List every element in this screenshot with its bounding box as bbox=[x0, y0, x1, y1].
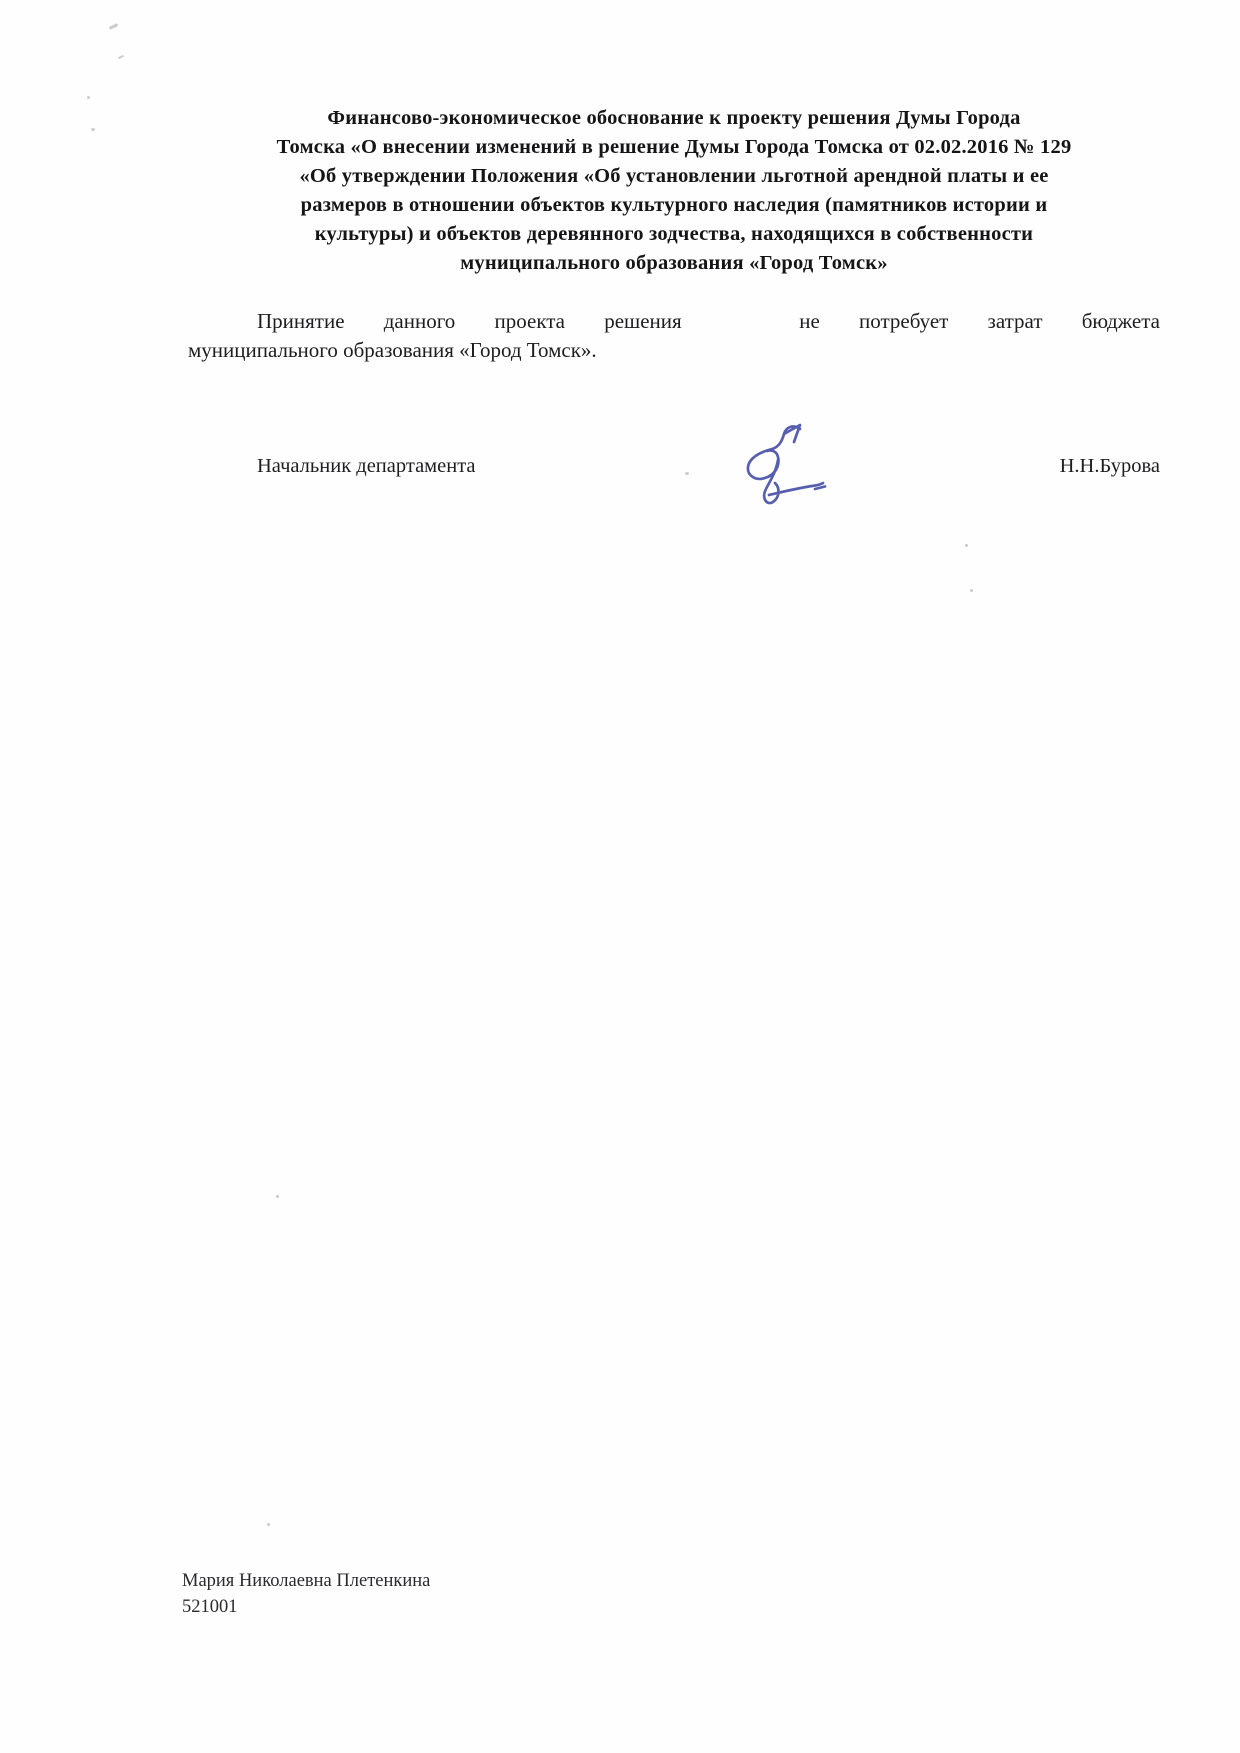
scan-speck bbox=[109, 23, 118, 30]
executor-block: Мария Николаевна Плетенкина 521001 bbox=[182, 1568, 430, 1620]
scan-speck bbox=[965, 544, 968, 547]
signature-row: Начальник департамента Н.Н.Бурова bbox=[188, 452, 1160, 484]
title-line: муниципального образования «Город Томск» bbox=[188, 249, 1160, 278]
scan-speck bbox=[118, 55, 124, 59]
executor-name: Мария Николаевна Плетенкина bbox=[182, 1568, 430, 1594]
title-line: «Об утверждении Положения «Об установлен… bbox=[188, 162, 1160, 191]
scan-speck bbox=[87, 96, 90, 99]
scan-speck bbox=[91, 128, 95, 131]
signature-strokes bbox=[748, 425, 825, 503]
signatory-name: Н.Н.Бурова bbox=[1060, 452, 1160, 481]
scan-speck bbox=[267, 1523, 270, 1526]
executor-code: 521001 bbox=[182, 1594, 430, 1620]
body-paragraph: Принятие данного проекта решения не потр… bbox=[188, 307, 1160, 365]
title-line: культуры) и объектов деревянного зодчест… bbox=[188, 220, 1160, 249]
body-line-2: муниципального образования «Город Томск»… bbox=[188, 336, 1160, 365]
scan-speck bbox=[970, 589, 973, 592]
scan-speck bbox=[276, 1195, 279, 1198]
document-title: Финансово-экономическое обоснование к пр… bbox=[188, 104, 1160, 278]
body-line-1: Принятие данного проекта решения не потр… bbox=[188, 307, 1160, 336]
handwritten-signature-icon bbox=[722, 422, 830, 518]
title-line: Томска «О внесении изменений в решение Д… bbox=[188, 133, 1160, 162]
scanned-document-page: Финансово-экономическое обоснование к пр… bbox=[0, 0, 1240, 1753]
title-line: размеров в отношении объектов культурног… bbox=[188, 191, 1160, 220]
title-line: Финансово-экономическое обоснование к пр… bbox=[188, 104, 1160, 133]
signatory-position: Начальник департамента bbox=[257, 452, 476, 481]
